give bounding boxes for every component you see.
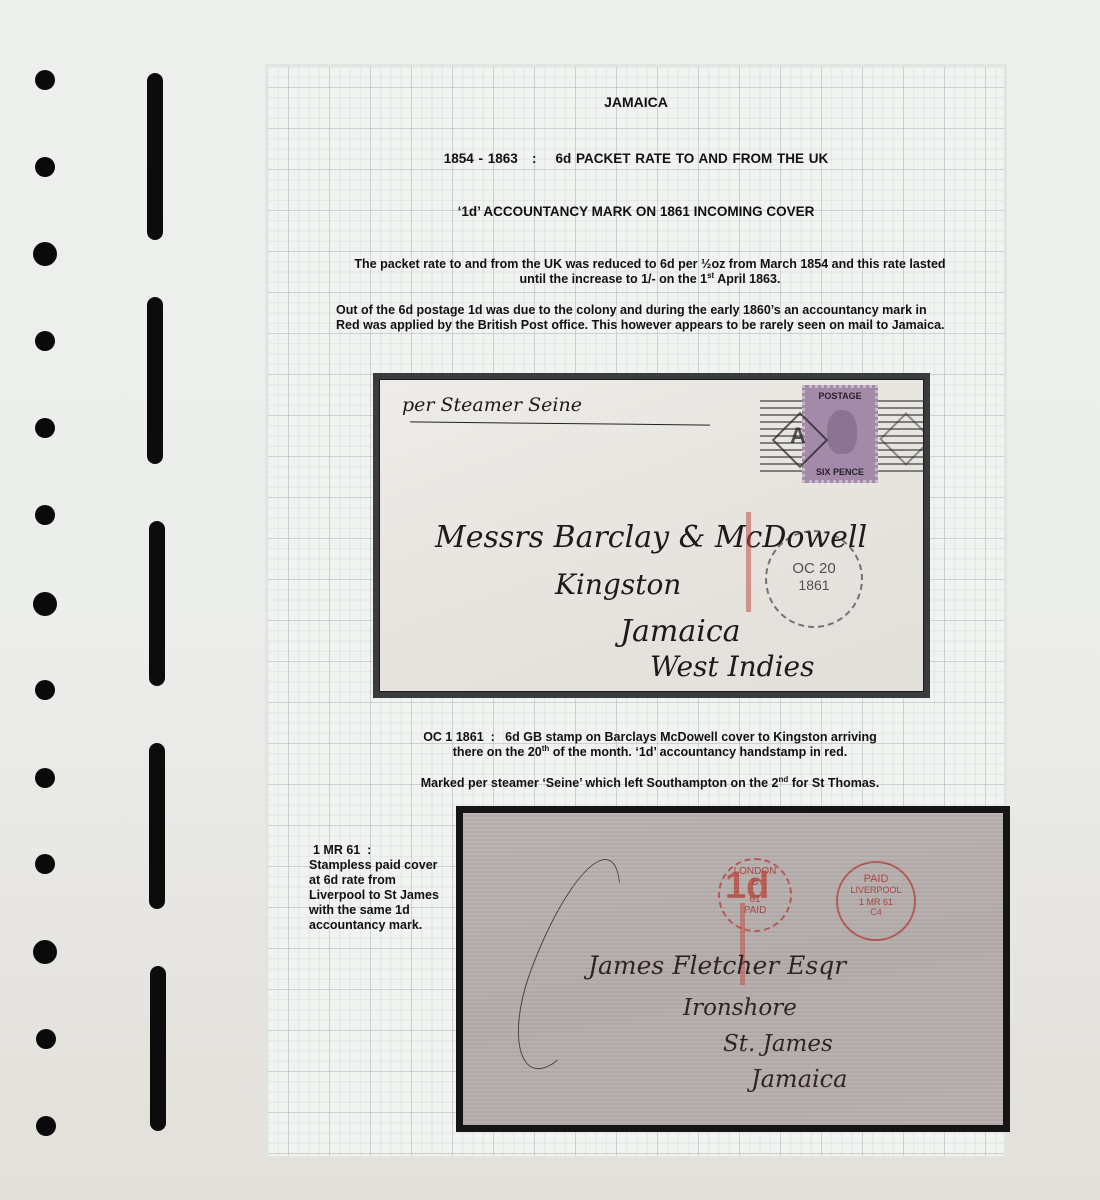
postmark-text: 61 (720, 894, 790, 905)
cover-1-caption: OC 1 1861 : 6d GB stamp on Barclays McDo… (380, 730, 920, 760)
cover-1-steamer-note: Marked per steamer ‘Seine’ which left So… (380, 776, 920, 791)
postmark-text: LONDON (720, 866, 790, 877)
postmark-text: 1 MR 61 (838, 897, 914, 907)
intro-line: Out of the 6d postage 1d was due to the … (336, 303, 976, 318)
london-paid-postmark: LONDON B 61 PAID (718, 858, 792, 932)
postmark-text: B (720, 877, 790, 888)
binder-hole (33, 242, 57, 266)
page-subtitle: 1854 - 1863 : 6d PACKET RATE TO AND FROM… (265, 151, 1007, 166)
side-note-line: Stampless paid cover (309, 858, 459, 873)
stamp-top-label: POSTAGE (805, 391, 875, 401)
side-note-line: at 6d rate from (309, 873, 459, 888)
stamp-bottom-label: SIX PENCE (805, 467, 875, 477)
cover-2-entire: LONDON B 61 PAID 1d PAID LIVERPOOL 1 MR … (463, 813, 1003, 1125)
subtitle-separator: : (532, 151, 537, 166)
address-line: St. James (723, 1031, 833, 1057)
rate-mark-six (499, 847, 643, 1080)
address-line: West Indies (650, 650, 815, 683)
cover-1-mount: per Steamer Seine POSTAGE SIX PENCE A Me… (373, 373, 930, 698)
accountancy-mark-red (746, 512, 751, 612)
subtitle-topic: 6d PACKET RATE TO AND FROM THE UK (556, 151, 829, 166)
binder-hole (35, 505, 55, 525)
intro-text: until the increase to 1/- on the 1 (520, 272, 708, 286)
caption-text: there on the 20 (453, 745, 542, 759)
binder-hole (36, 1029, 56, 1049)
side-note-line: accountancy mark. (309, 918, 459, 933)
address-line: Ironshore (683, 995, 797, 1021)
side-note-line: with the same 1d (309, 903, 459, 918)
section-heading: ‘1d’ ACCOUNTANCY MARK ON 1861 INCOMING C… (265, 204, 1007, 219)
subtitle-period: 1854 - 1863 (444, 151, 518, 166)
liverpool-paid-postmark: PAID LIVERPOOL 1 MR 61 C4 (836, 861, 916, 941)
caption-text: of the month. ‘1d’ accountancy handstamp… (549, 745, 847, 759)
page-title: JAMAICA (265, 94, 1007, 110)
binder-slot (149, 743, 165, 909)
binder-hole (35, 418, 55, 438)
side-note-line: Liverpool to St James (309, 888, 459, 903)
binder-slot (147, 73, 163, 240)
postmark-date: OC 20 (767, 560, 861, 577)
intro-line: Red was applied by the British Post offi… (336, 318, 976, 333)
binder-hole (35, 768, 55, 788)
binder-hole (35, 157, 55, 177)
binder-slot (147, 297, 163, 464)
side-note-line: 1 MR 61 : (309, 843, 459, 858)
accountancy-mark-stroke (740, 903, 745, 985)
binder-hole (35, 331, 55, 351)
intro-paragraph-2: Out of the 6d postage 1d was due to the … (336, 303, 976, 333)
postmark-year: 1861 (767, 577, 861, 593)
caption-text: Marked per steamer ‘Seine’ which left So… (421, 776, 779, 790)
binder-slot (149, 521, 165, 686)
cover-2-mount: LONDON B 61 PAID 1d PAID LIVERPOOL 1 MR … (456, 806, 1010, 1132)
binder-hole (35, 680, 55, 700)
caption-text: for St Thomas. (788, 776, 879, 790)
caption-line: there on the 20th of the month. ‘1d’ acc… (380, 745, 920, 760)
postmark-text: PAID (720, 905, 790, 916)
binder-hole (33, 592, 57, 616)
caption-line: OC 1 1861 : 6d GB stamp on Barclays McDo… (380, 730, 920, 745)
intro-text: April 1863. (714, 272, 780, 286)
cover-1-envelope: per Steamer Seine POSTAGE SIX PENCE A Me… (379, 379, 924, 692)
address-line: Jamaica (620, 614, 741, 649)
binder-hole (33, 940, 57, 964)
postmark-text: C4 (838, 907, 914, 917)
intro-line: The packet rate to and from the UK was r… (320, 257, 980, 272)
cover-2-side-note: 1 MR 61 : Stampless paid cover at 6d rat… (309, 843, 459, 933)
superscript: nd (778, 775, 788, 784)
queen-portrait (827, 410, 857, 454)
accountancy-mark-1d: 1d (725, 865, 769, 908)
kingston-arrival-postmark: OC 20 1861 (765, 530, 863, 628)
address-line: Jamaica (751, 1065, 847, 1093)
intro-paragraph-1: The packet rate to and from the UK was r… (320, 257, 980, 287)
postmark-text: PAID (838, 873, 914, 885)
address-line: James Fletcher Esqr (588, 951, 846, 980)
steamer-endorsement: per Steamer Seine (402, 394, 582, 416)
address-line: Kingston (555, 568, 681, 601)
endorsement-underline (410, 421, 710, 425)
obliterator-number: A (790, 423, 806, 449)
intro-line: until the increase to 1/- on the 1st Apr… (320, 272, 980, 287)
binder-hole (35, 854, 55, 874)
binder-hole (36, 1116, 56, 1136)
postmark-text: LIVERPOOL (838, 885, 914, 895)
binder-slot (150, 966, 166, 1131)
binder-hole (35, 70, 55, 90)
